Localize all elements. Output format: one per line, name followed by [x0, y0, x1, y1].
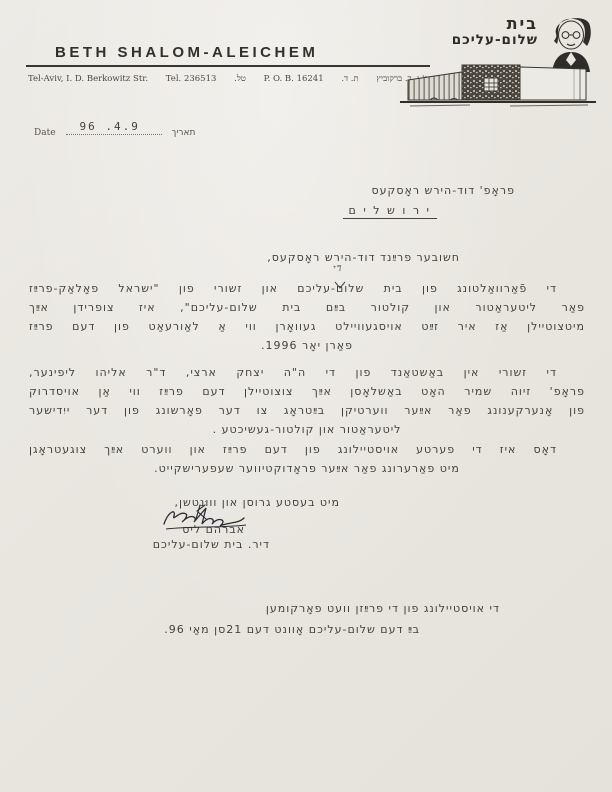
- pob-hebrew: ת. ד.: [341, 73, 358, 84]
- paragraph2-line: פראָפ' זיוה שמיר האָט באַשלאָסן אײַך צוצ…: [29, 382, 585, 401]
- signature-scribble: [156, 502, 252, 532]
- paragraph1-line: די פֿאַרוואַלטונג פון בית שלום-עליכם און…: [29, 279, 585, 298]
- addressee-block: פראָפ' דוד-הירש ראָסקעס י ר ו ש ל י ם: [343, 184, 515, 217]
- scanned-letter-page: BETH SHALOM-ALEICHEM Tel-Aviv, I. D. Ber…: [0, 0, 612, 792]
- org-name-hebrew: בית שלום-עליכם: [452, 16, 538, 47]
- postscript-line: בײַ דעם שלום-עליכם אָוונט דעם 21סן מאַי …: [29, 620, 420, 639]
- signer-title: דיר. בית שלום-עליכם: [100, 538, 270, 551]
- paragraph1-line: פאַר ליטעראַטור און קולטור בײַם בית שלום…: [29, 298, 585, 317]
- letter-body: די פֿאַרוואַלטונג פון בית שלום-עליכם און…: [29, 279, 585, 478]
- date-label-latin: Date: [34, 128, 56, 138]
- letterhead-rule: [26, 65, 430, 67]
- paragraph2-line: די זשורי אין באַשטאַנד פון די ה"ה יצחק א…: [29, 363, 585, 382]
- tel-latin: Tel. 236513: [166, 74, 217, 84]
- paragraph2-line: פון אָנערקענונג פאַר אײַער ווערטיקן בײַט…: [29, 401, 585, 420]
- date-label-hebrew: תאריך: [172, 128, 196, 138]
- org-name-latin: BETH SHALOM-ALEICHEM: [55, 44, 318, 61]
- dateline: Date 96 .4.9 תאריך: [34, 114, 195, 138]
- address-latin: Tel-Aviv, I. D. Berkowitz Str.: [28, 74, 148, 84]
- addressee-city: י ר ו ש ל י ם: [343, 204, 437, 217]
- handwritten-insertion-word: די: [333, 263, 348, 275]
- paragraph1-line: פאַרן יאָר 1996.: [29, 336, 585, 355]
- paragraph1-line: מיטצוטיילן אַז איר זײַט אויסגעוויילט געו…: [29, 317, 585, 336]
- paragraph3-line: מיט פאַרערונג פאַר אײַער פראָדוקטיווער ש…: [29, 459, 585, 478]
- paragraph3-line: דאָס איז די פערטע אויסטיילונג פון דעם פר…: [29, 440, 585, 459]
- org-name-hebrew-line1: בית: [452, 16, 538, 33]
- salutation: חשובער פרײַנד דוד-הירש ראָסקעס,: [267, 251, 460, 264]
- beth-shalom-aleichem-building-icon: [400, 54, 596, 110]
- date-dotted-line: [66, 134, 162, 135]
- org-logo: בית שלום-עליכם: [400, 12, 596, 106]
- date-value: 96 .4.9: [80, 120, 140, 133]
- pob-latin: P. O. B. 16241: [264, 74, 324, 84]
- postscript-line: די אויסטיילונג פון די פרײַזן וועט פאָרקו…: [29, 599, 500, 618]
- tel-hebrew: טל.: [234, 73, 246, 84]
- org-name-hebrew-line2: שלום-עליכם: [452, 33, 538, 47]
- date-slot: 96 .4.9: [66, 114, 162, 138]
- addressee-name: פראָפ' דוד-הירש ראָסקעס: [343, 184, 515, 197]
- paragraph2-line: ליטעראַטור און קולטור-געשיכטע .: [29, 420, 585, 439]
- postscript-block: די אויסטיילונג פון די פרײַזן וועט פאָרקו…: [29, 599, 586, 639]
